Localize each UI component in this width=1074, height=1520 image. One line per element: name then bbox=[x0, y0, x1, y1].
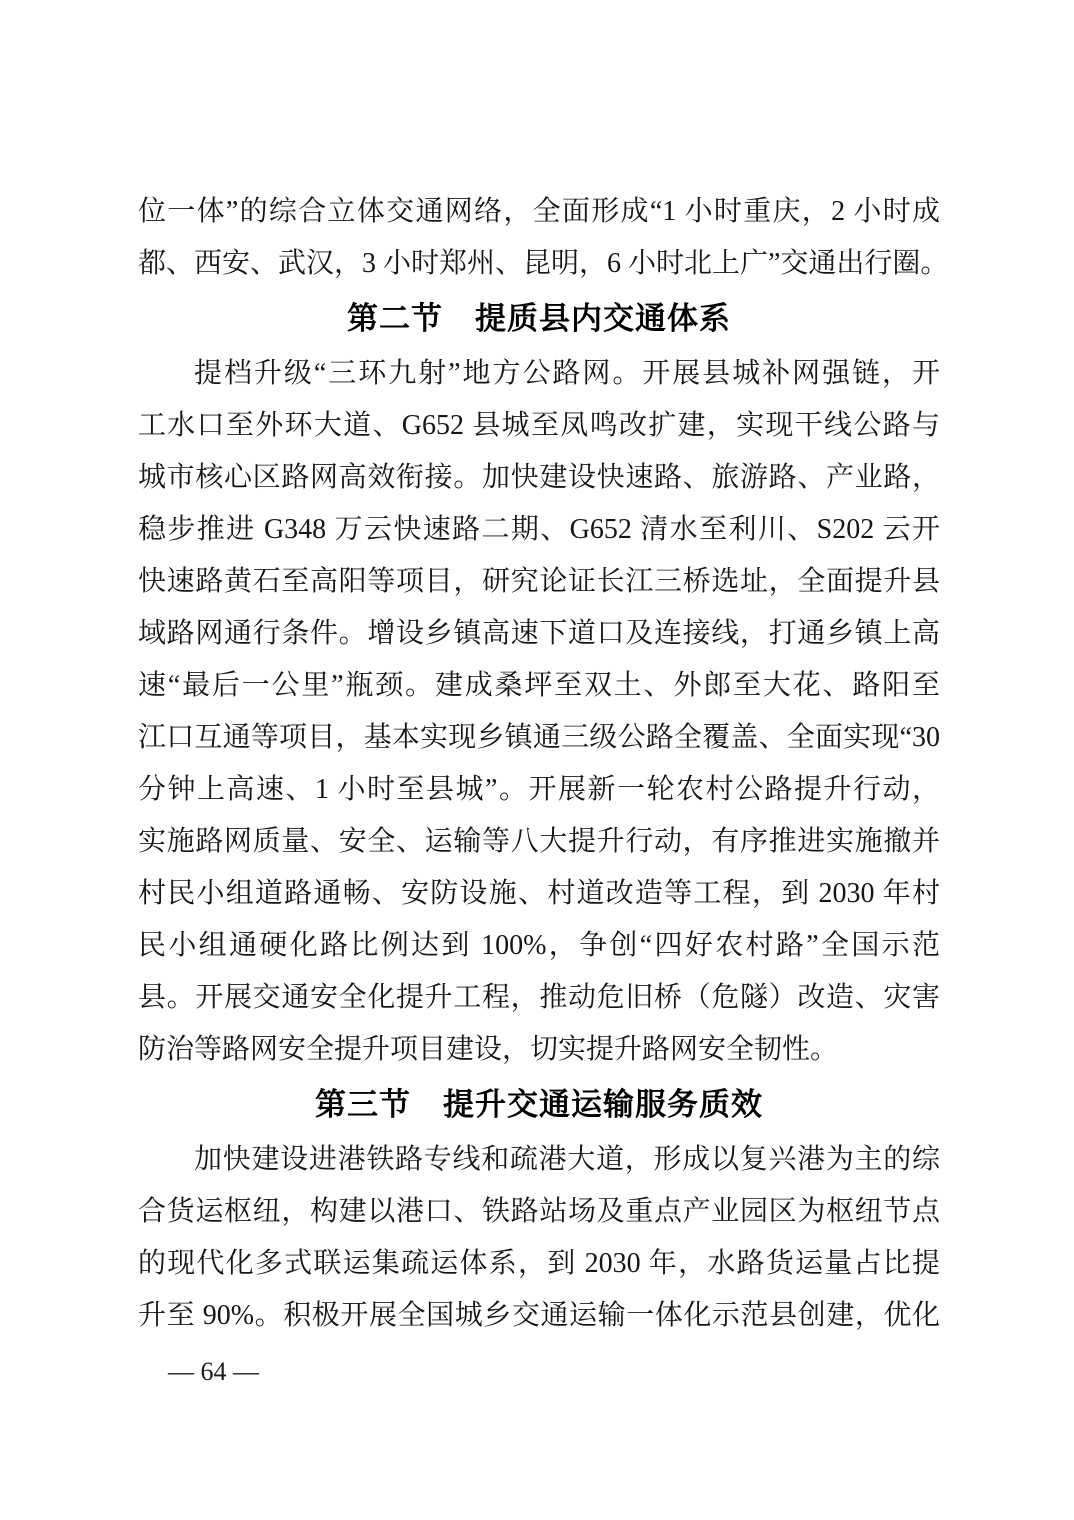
text-line: 实施路网质量、安全、运输等八大提升行动，有序推进实施撤并 bbox=[138, 816, 940, 868]
page-number: — 64 — bbox=[168, 1357, 259, 1386]
text-line: 的现代化多式联运集疏运体系，到 2030 年，水路货运量占比提 bbox=[138, 1238, 940, 1290]
section-3-heading: 第三节 提升交通运输服务质效 bbox=[138, 1079, 940, 1131]
text-line: 位一体”的综合立体交通网络，全面形成“1 小时重庆，2 小时成 bbox=[138, 186, 940, 238]
text-line: 合货运枢纽，构建以港口、铁路站场及重点产业园区为枢纽节点 bbox=[138, 1186, 940, 1238]
text-line: 稳步推进 G348 万云快速路二期、G652 清水至利川、S202 云开 bbox=[138, 504, 940, 556]
text-line: 域路网通行条件。增设乡镇高速下道口及连接线，打通乡镇上高 bbox=[138, 608, 940, 660]
text-line: 加快建设进港铁路专线和疏港大道，形成以复兴港为主的综 bbox=[138, 1134, 940, 1186]
text-line: 快速路黄石至高阳等项目，研究论证长江三桥选址，全面提升县 bbox=[138, 556, 940, 608]
text-line: 分钟上高速、1 小时至县城”。开展新一轮农村公路提升行动， bbox=[138, 764, 940, 816]
text-line: 都、西安、武汉，3 小时郑州、昆明，6 小时北上广”交通出行圈。 bbox=[138, 238, 940, 290]
text-line: 速“最后一公里”瓶颈。建成桑坪至双土、外郎至大花、路阳至 bbox=[138, 660, 940, 712]
text-line: 工水口至外环大道、G652 县城至凤鸣改扩建，实现干线公路与 bbox=[138, 400, 940, 452]
page-footer: — 64 — bbox=[138, 1346, 940, 1398]
text-line: 江口互通等项目，基本实现乡镇通三级公路全覆盖、全面实现“30 bbox=[138, 712, 940, 764]
text-line: 城市核心区路网高效衔接。加快建设快速路、旅游路、产业路， bbox=[138, 452, 940, 504]
section-2-heading: 第二节 提质县内交通体系 bbox=[138, 293, 940, 345]
document-page: 位一体”的综合立体交通网络，全面形成“1 小时重庆，2 小时成 都、西安、武汉，… bbox=[0, 0, 1074, 1520]
text-line: 民小组通硬化路比例达到 100%，争创“四好农村路”全国示范 bbox=[138, 920, 940, 972]
paragraph-section-3: 加快建设进港铁路专线和疏港大道，形成以复兴港为主的综 合货运枢纽，构建以港口、铁… bbox=[138, 1134, 940, 1342]
paragraph-intro: 位一体”的综合立体交通网络，全面形成“1 小时重庆，2 小时成 都、西安、武汉，… bbox=[138, 186, 940, 290]
paragraph-section-2: 提档升级“三环九射”地方公路网。开展县城补网强链，开 工水口至外环大道、G652… bbox=[138, 348, 940, 1076]
text-line: 防治等路网安全提升项目建设，切实提升路网安全韧性。 bbox=[138, 1024, 940, 1076]
text-line: 村民小组道路通畅、安防设施、村道改造等工程，到 2030 年村 bbox=[138, 868, 940, 920]
text-line: 县。开展交通安全化提升工程，推动危旧桥（危隧）改造、灾害 bbox=[138, 972, 940, 1024]
text-line: 升至 90%。积极开展全国城乡交通运输一体化示范县创建，优化 bbox=[138, 1290, 940, 1342]
text-line: 提档升级“三环九射”地方公路网。开展县城补网强链，开 bbox=[138, 348, 940, 400]
